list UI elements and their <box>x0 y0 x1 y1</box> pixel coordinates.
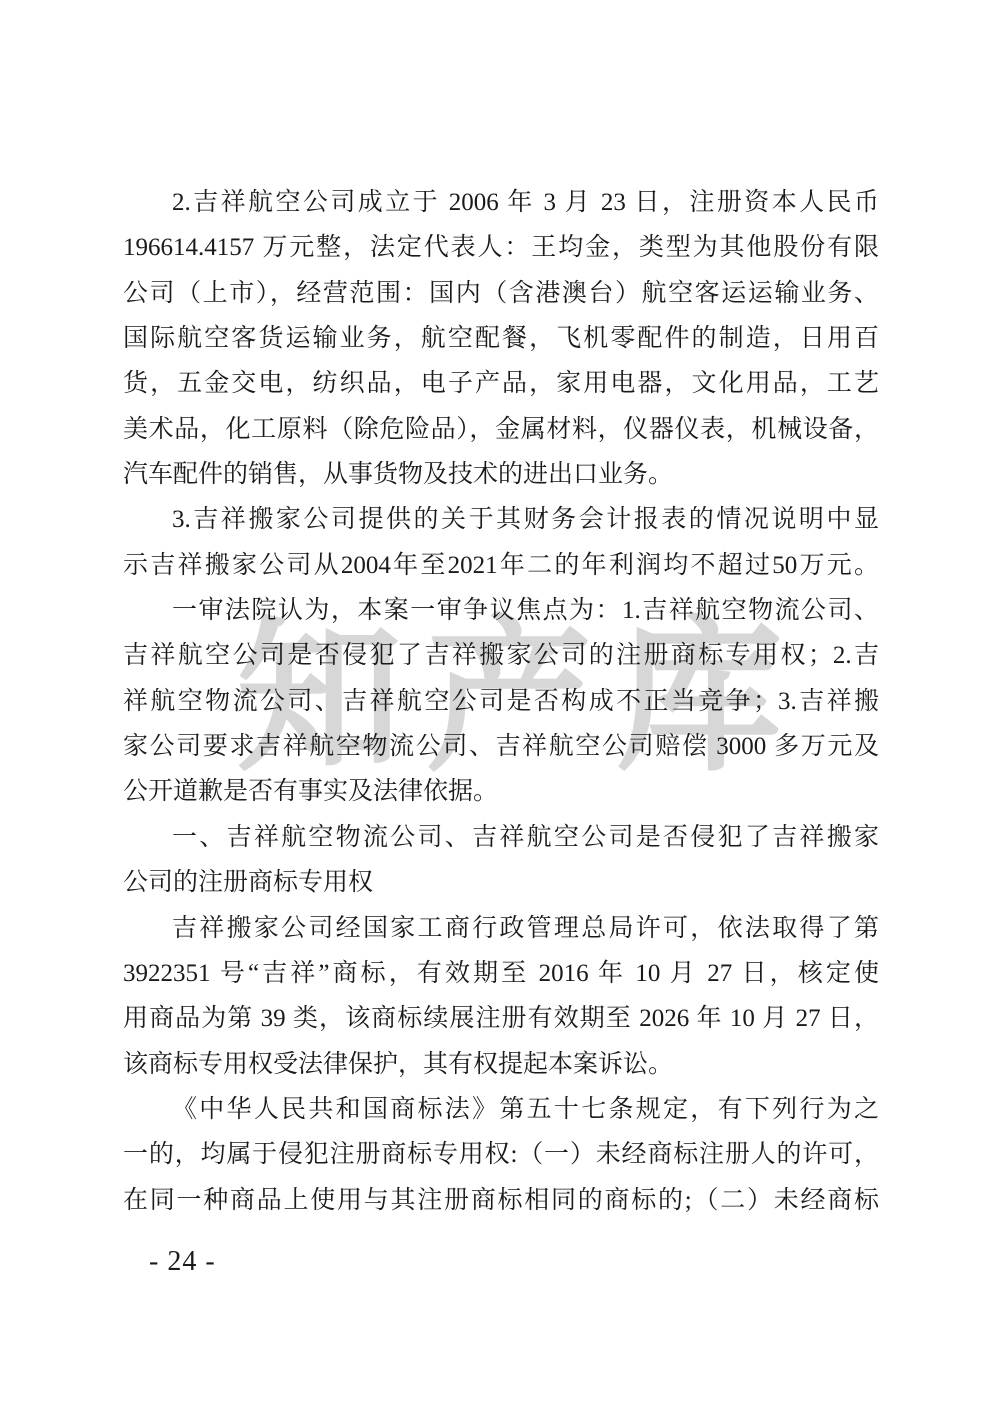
text-line: 汽车配件的销售，从事货物及技术的进出口业务。 <box>123 452 879 497</box>
text-line: 该商标专用权受法律保护，其有权提起本案诉讼。 <box>123 1042 879 1087</box>
text-line: 国际航空客货运输业务，航空配餐，飞机零配件的制造，日用百 <box>123 316 879 361</box>
text-line: 2.吉祥航空公司成立于 2006 年 3 月 23 日，注册资本人民币 <box>123 180 879 225</box>
text-line: 3922351 号“吉祥”商标，有效期至 2016 年 10 月 27 日，核定… <box>123 951 879 996</box>
text-line: 公开道歉是否有事实及法律依据。 <box>123 769 879 814</box>
text-line: 吉祥搬家公司经国家工商行政管理总局许可，依法取得了第 <box>123 906 879 951</box>
text-line: 196614.4157 万元整，法定代表人：王均金，类型为其他股份有限 <box>123 225 879 270</box>
text-line: 货，五金交电，纺织品，电子产品，家用电器，文化用品，工艺 <box>123 361 879 406</box>
page-number: - 24 - <box>149 1244 216 1280</box>
text-line: 《中华人民共和国商标法》第五十七条规定，有下列行为之 <box>123 1087 879 1132</box>
text-line: 一的，均属于侵犯注册商标专用权:（一）未经商标注册人的许可， <box>123 1132 879 1177</box>
text-line: 吉祥航空公司是否侵犯了吉祥搬家公司的注册商标专用权；2.吉 <box>123 633 879 678</box>
section-heading-line: 一、吉祥航空物流公司、吉祥航空公司是否侵犯了吉祥搬家 <box>123 815 879 860</box>
document-page: 知产库 2.吉祥航空公司成立于 2006 年 3 月 23 日，注册资本人民币 … <box>0 0 1000 1414</box>
text-line: 一审法院认为，本案一审争议焦点为：1.吉祥航空物流公司、 <box>123 588 879 633</box>
document-body: 2.吉祥航空公司成立于 2006 年 3 月 23 日，注册资本人民币 1966… <box>123 180 879 1223</box>
text-line: 家公司要求吉祥航空物流公司、吉祥航空公司赔偿 3000 多万元及 <box>123 724 879 769</box>
text-line: 3.吉祥搬家公司提供的关于其财务会计报表的情况说明中显 <box>123 497 879 542</box>
text-line: 美术品，化工原料（除危险品），金属材料，仪器仪表，机械设备， <box>123 407 879 452</box>
section-heading-line: 公司的注册商标专用权 <box>123 860 879 905</box>
text-line: 用商品为第 39 类，该商标续展注册有效期至 2026 年 10 月 27 日， <box>123 996 879 1041</box>
text-line: 公司（上市），经营范围：国内（含港澳台）航空客运运输业务、 <box>123 271 879 316</box>
text-line: 在同一种商品上使用与其注册商标相同的商标的;（二）未经商标 <box>123 1178 879 1223</box>
text-line: 祥航空物流公司、吉祥航空公司是否构成不正当竞争；3.吉祥搬 <box>123 679 879 724</box>
text-line: 示吉祥搬家公司从2004年至2021年二的年利润均不超过50万元。 <box>123 543 879 588</box>
